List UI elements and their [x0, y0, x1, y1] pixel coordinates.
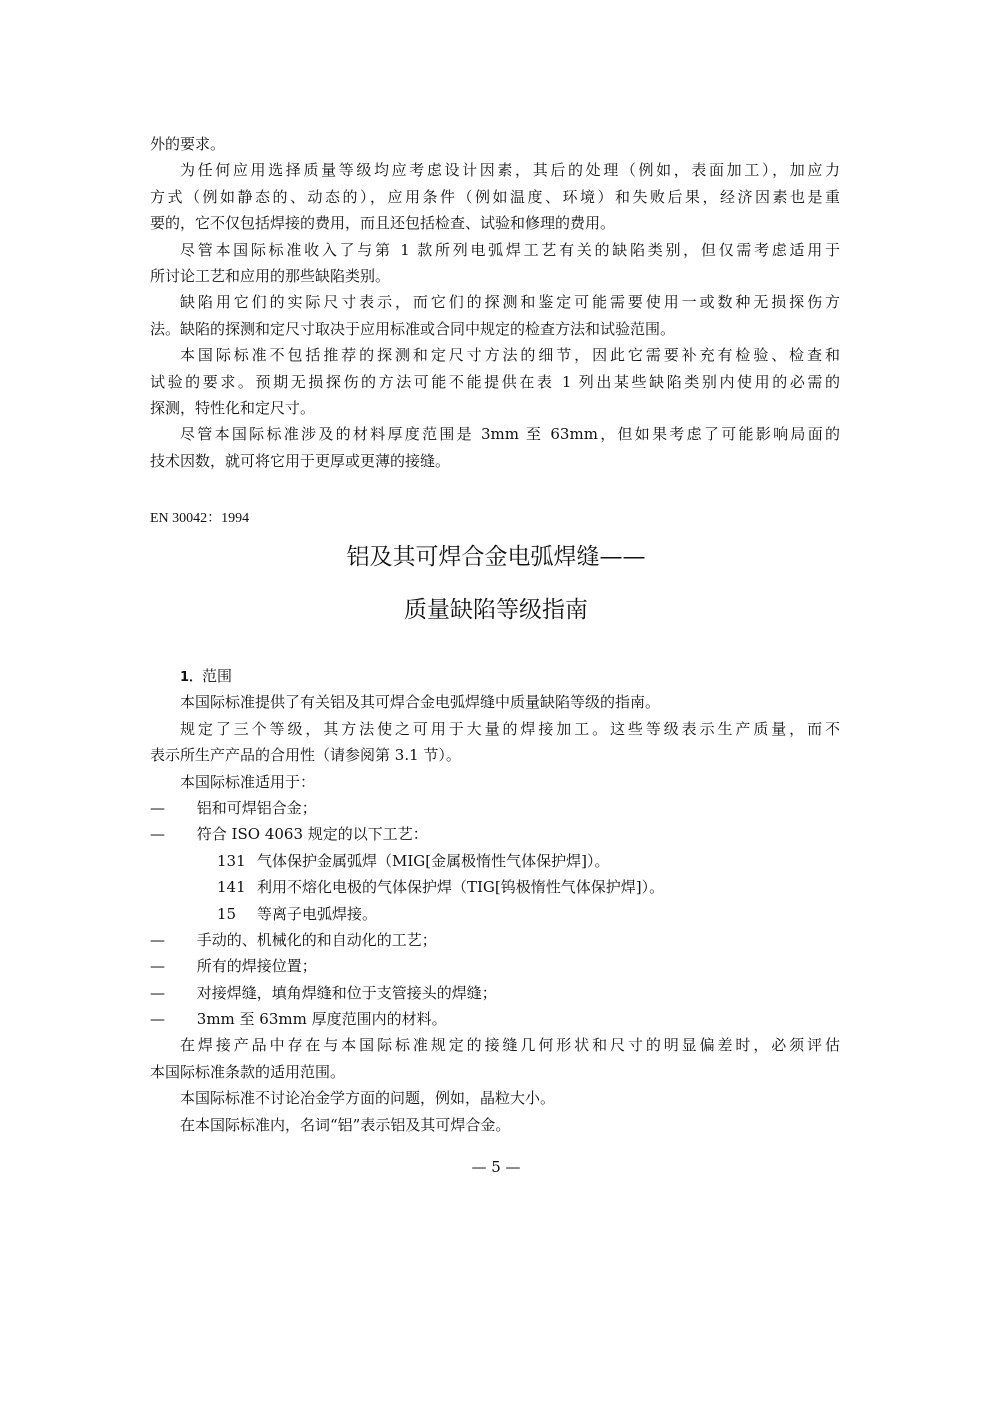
- list-item: — 符合 ISO 4063 规定的以下工艺：: [150, 821, 840, 847]
- paragraph: 本国际标准不讨论冶金学方面的问题，例如，晶粒大小。: [150, 1085, 840, 1111]
- paragraph: 本国际标准条款的适用范围。: [150, 1059, 840, 1085]
- standard-number: EN 30042：1994: [150, 507, 249, 527]
- process-item: 131气体保护金属弧焊（MIG[金属极惰性气体保护焊]）。: [150, 848, 840, 874]
- paragraph: 规定了三个等级，其方法使之可用于大量的焊接加工。这些等级表示生产质量，而不: [150, 716, 840, 742]
- dash-bullet: —: [150, 953, 170, 979]
- list-item: — 所有的焊接位置；: [150, 953, 840, 979]
- paragraph: 本国际标准适用于：: [150, 769, 840, 795]
- process-code: 141: [217, 874, 257, 900]
- text-line: 方式（例如静态的、动态的），应用条件（例如温度、环境）和失败后果，经济因素也是重: [150, 184, 840, 210]
- text-line: 尽管本国际标准涉及的材料厚度范围是 3mm 至 63mm，但如果考虑了可能影响局…: [150, 421, 840, 447]
- text-line: 为任何应用选择质量等级均应考虑设计因素，其后的处理（例如，表面加工），加应力: [150, 157, 840, 183]
- section-scope: 1．范围 本国际标准提供了有关铝及其可焊合金电弧焊缝中质量缺陷等级的指南。 规定…: [150, 663, 840, 1138]
- text-line: 法。缺陷的探测和定尺寸取决于应用标准或合同中规定的检查方法和试验范围。: [150, 316, 840, 342]
- process-item: 141利用不熔化电极的气体保护焊（TIG[钨极惰性气体保护焊]）。: [150, 874, 840, 900]
- text-line: 本国际标准不包括推荐的探测和定尺寸方法的细节，因此它需要补充有检验、检查和: [150, 342, 840, 368]
- document-title-line1: 铝及其可焊合金电弧焊缝——: [0, 538, 992, 571]
- text-line: 缺陷用它们的实际尺寸表示，而它们的探测和鉴定可能需要使用一或数种无损探伤方: [150, 289, 840, 315]
- text-line: 探测，特性化和定尺寸。: [150, 395, 840, 421]
- process-code: 131: [217, 848, 257, 874]
- list-item: — 对接焊缝，填角焊缝和位于支管接头的焊缝；: [150, 980, 840, 1006]
- section-number: 1．: [180, 670, 202, 685]
- document-title-line2: 质量缺陷等级指南: [0, 591, 992, 624]
- dash-bullet: —: [150, 927, 170, 953]
- paragraph: 在焊接产品中存在与本国际标准规定的接缝几何形状和尺寸的明显偏差时，必须评估: [150, 1032, 840, 1058]
- text-line: 要的，它不仅包括焊接的费用，而且还包括检查、试验和修理的费用。: [150, 210, 840, 236]
- paragraph: 本国际标准提供了有关铝及其可焊合金电弧焊缝中质量缺陷等级的指南。: [150, 689, 840, 715]
- dash-bullet: —: [150, 1006, 170, 1032]
- text-line: 外的要求。: [150, 131, 840, 157]
- process-item: 15等离子电弧焊接。: [150, 901, 840, 927]
- dash-bullet: —: [150, 795, 170, 821]
- text-line: 技术因数，就可将它用于更厚或更薄的接缝。: [150, 448, 840, 474]
- list-item: — 3mm 至 63mm 厚度范围内的材料。: [150, 1006, 840, 1032]
- intro-text: 外的要求。 为任何应用选择质量等级均应考虑设计因素，其后的处理（例如，表面加工）…: [150, 131, 840, 474]
- section-title: 范围: [202, 667, 232, 685]
- paragraph: 在本国际标准内，名词“铝”表示铝及其可焊合金。: [150, 1112, 840, 1138]
- dash-bullet: —: [150, 980, 170, 1006]
- process-code: 15: [217, 901, 257, 927]
- page-number: — 5 —: [0, 1158, 992, 1176]
- text-line: 所讨论工艺和应用的那些缺陷类别。: [150, 263, 840, 289]
- section-heading: 1．范围: [150, 663, 840, 689]
- dash-bullet: —: [150, 821, 170, 847]
- list-item: — 铝和可焊铝合金；: [150, 795, 840, 821]
- paragraph: 表示所生产产品的合用性（请参阅第 3.1 节）。: [150, 742, 840, 768]
- list-item: — 手动的、机械化的和自动化的工艺；: [150, 927, 840, 953]
- text-line: 试验的要求。预期无损探伤的方法可能不能提供在表 1 列出某些缺陷类别内使用的必需…: [150, 369, 840, 395]
- text-line: 尽管本国际标准收入了与第 1 款所列电弧焊工艺有关的缺陷类别，但仅需考虑适用于: [150, 237, 840, 263]
